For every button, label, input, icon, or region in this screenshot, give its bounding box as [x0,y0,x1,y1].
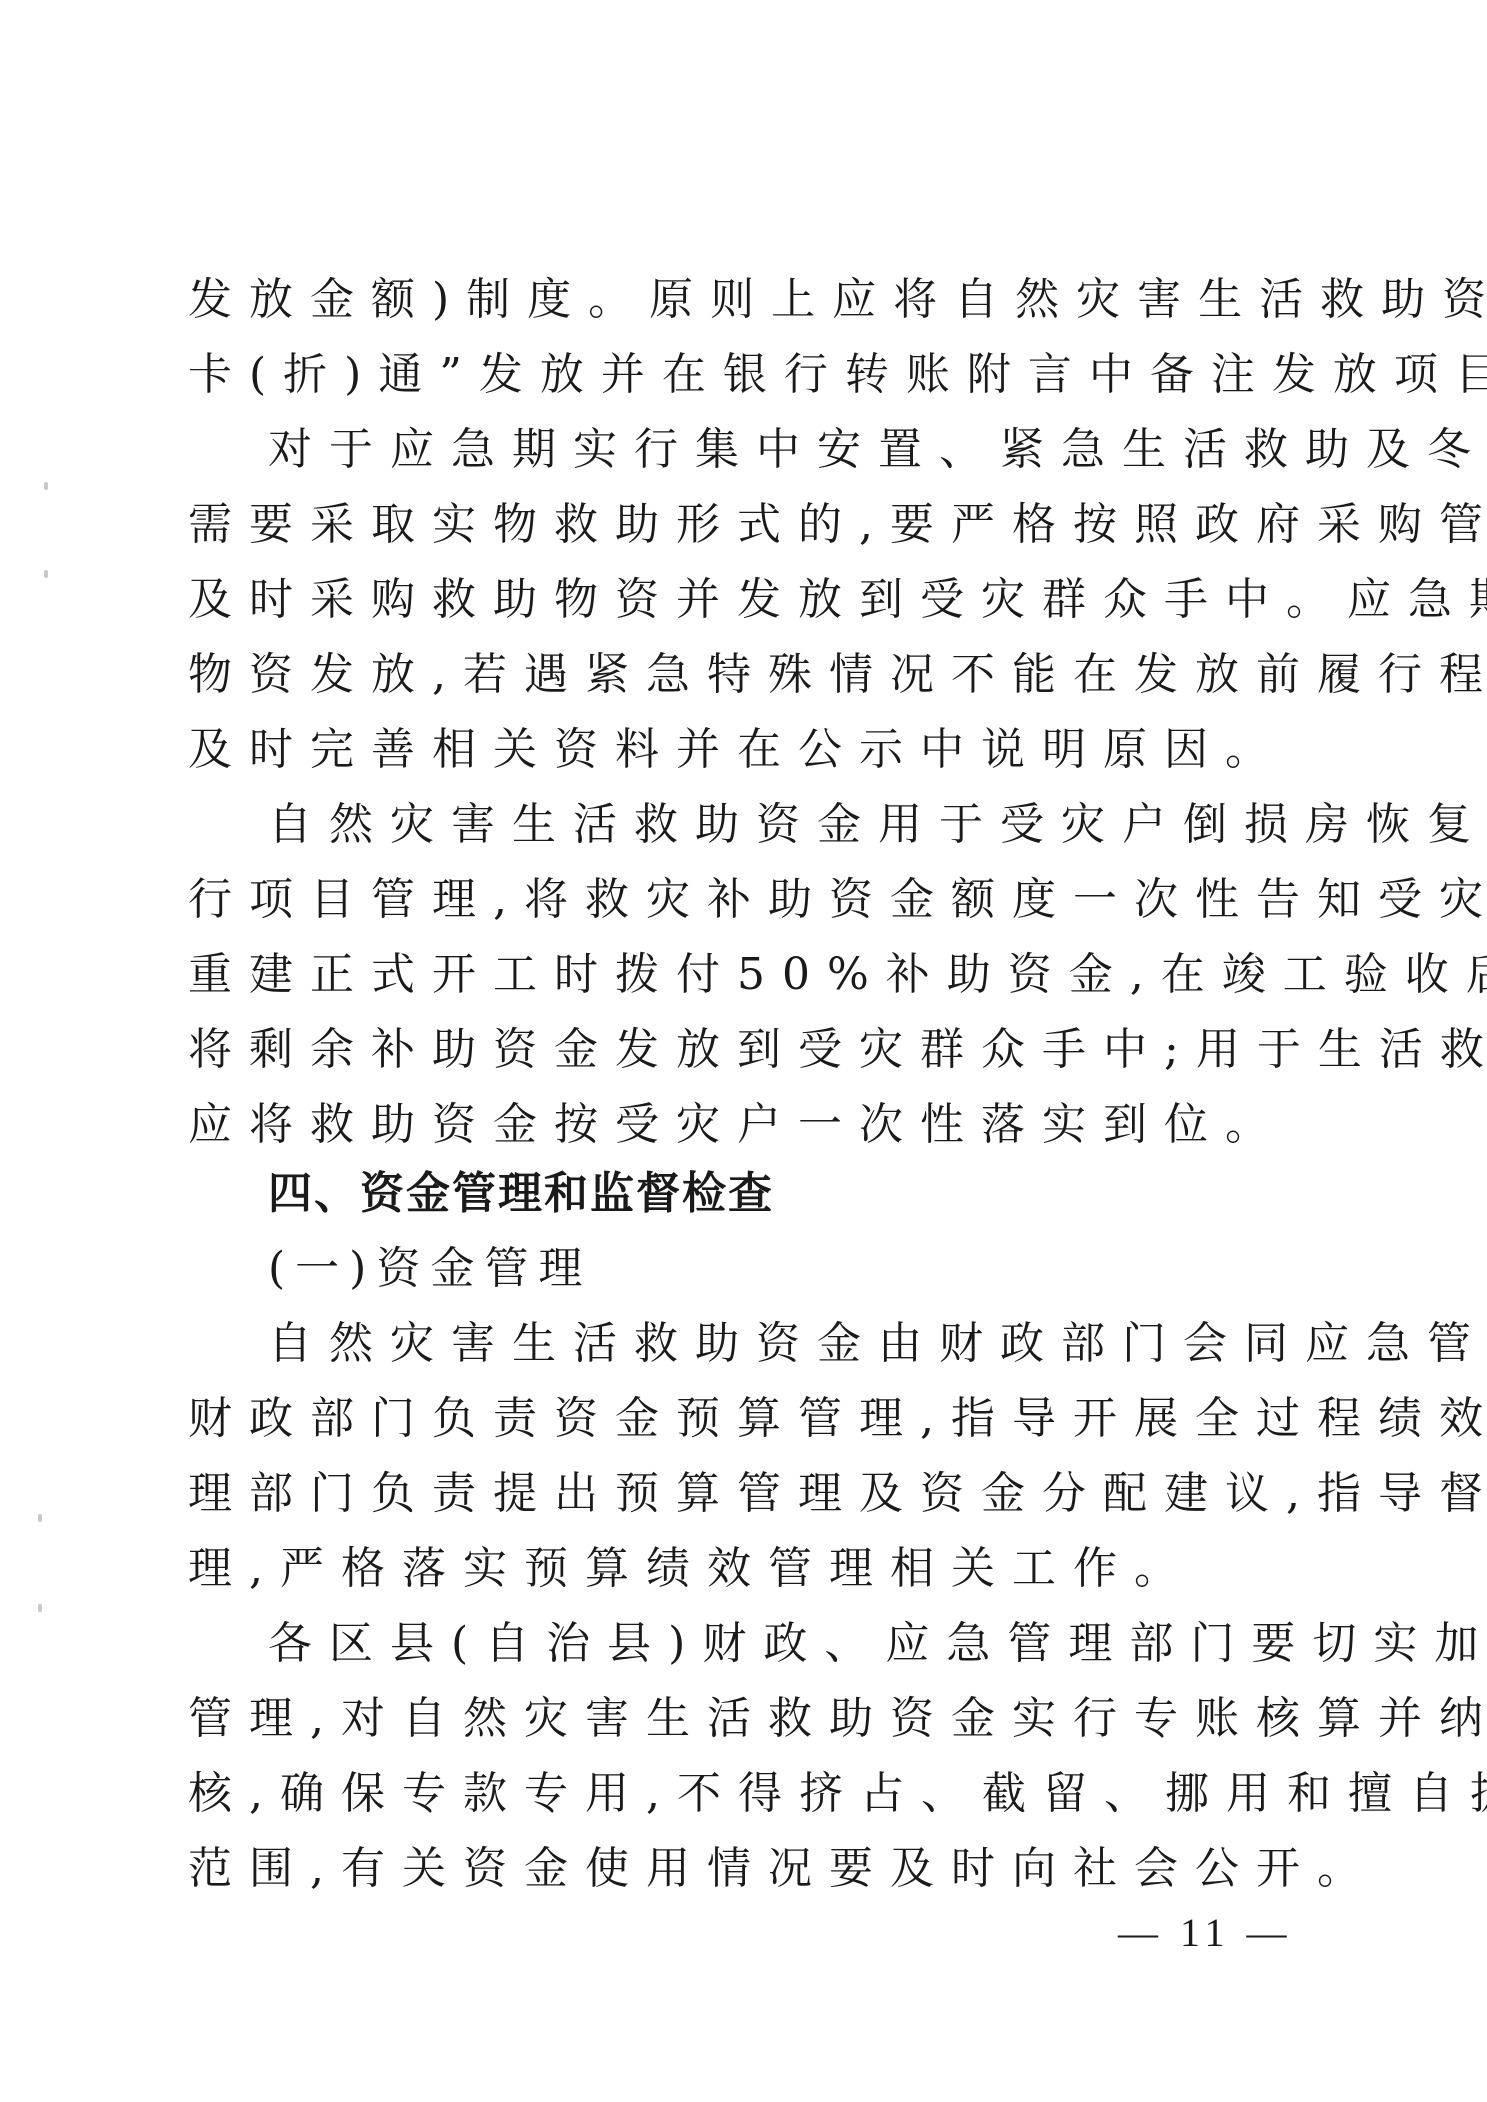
page-number: — 11 — [1118,1908,1293,1958]
paragraph-5-line-1: 各区县(自治县)财政、应急管理部门要切实加强财务监督 [268,1612,1328,1676]
paragraph-3-line-2: 行项目管理,将救灾补助资金额度一次性告知受灾户,并在恢复 [188,868,1328,932]
paragraph-5-line-2: 管理,对自然灾害生活救助资金实行专账核算并纳入年度工作考 [188,1687,1328,1751]
paragraph-4-line-2: 财政部门负责资金预算管理,指导开展全过程绩效管理。应急管 [188,1387,1328,1451]
scan-mark [44,482,48,490]
paragraph-3-line-4: 将剩余补助资金发放到受灾群众手中;用于生活救助其他项目的, [188,1018,1328,1082]
subsection-heading: (一)资金管理 [268,1237,592,1301]
paragraph-2-line-2: 需要采取实物救助形式的,要严格按照政府采购管理有关规定, [188,493,1328,557]
scan-mark [38,1604,42,1612]
paragraph-5-line-3: 核,确保专款专用,不得挤占、截留、挪用和擅自扩大资金使用 [188,1762,1328,1826]
paragraph-2-line-4: 物资发放,若遇紧急特殊情况不能在发放前履行程序的,事后要 [188,643,1328,707]
paragraph-4-line-4: 理,严格落实预算绩效管理相关工作。 [188,1537,1328,1601]
paragraph-1-line-1: 发放金额)制度。原则上应将自然灾害生活救助资金全部纳入“一 [188,268,1328,332]
scan-mark [38,1514,42,1522]
paragraph-5-line-4: 范围,有关资金使用情况要及时向社会公开。 [188,1837,1328,1901]
document-page: 发放金额)制度。原则上应将自然灾害生活救助资金全部纳入“一 卡(折)通”发放并在… [0,0,1487,2102]
paragraph-3-line-3: 重建正式开工时拨付50%补助资金,在竣工验收后5个工作日内 [188,943,1328,1007]
section-heading: 四、资金管理和监督检查 [268,1162,774,1226]
paragraph-2-line-5: 及时完善相关资料并在公示中说明原因。 [188,718,1328,782]
paragraph-3-line-1: 自然灾害生活救助资金用于受灾户倒损房恢复重建的,应实 [268,793,1328,857]
paragraph-2-line-3: 及时采购救助物资并发放到受灾群众手中。应急期生活救助资金 [188,568,1328,632]
paragraph-3-line-5: 应将救助资金按受灾户一次性落实到位。 [188,1093,1328,1157]
paragraph-1-line-2: 卡(折)通”发放并在银行转账附言中备注发放项目名称。 [188,343,1328,407]
scan-mark [44,570,48,578]
paragraph-4-line-1: 自然灾害生活救助资金由财政部门会同应急管理部门管理。 [268,1312,1328,1376]
paragraph-4-line-3: 理部门负责提出预算管理及资金分配建议,指导督促资金使用管 [188,1462,1328,1526]
paragraph-2-line-1: 对于应急期实行集中安置、紧急生活救助及冬春救助过程中 [268,418,1328,482]
